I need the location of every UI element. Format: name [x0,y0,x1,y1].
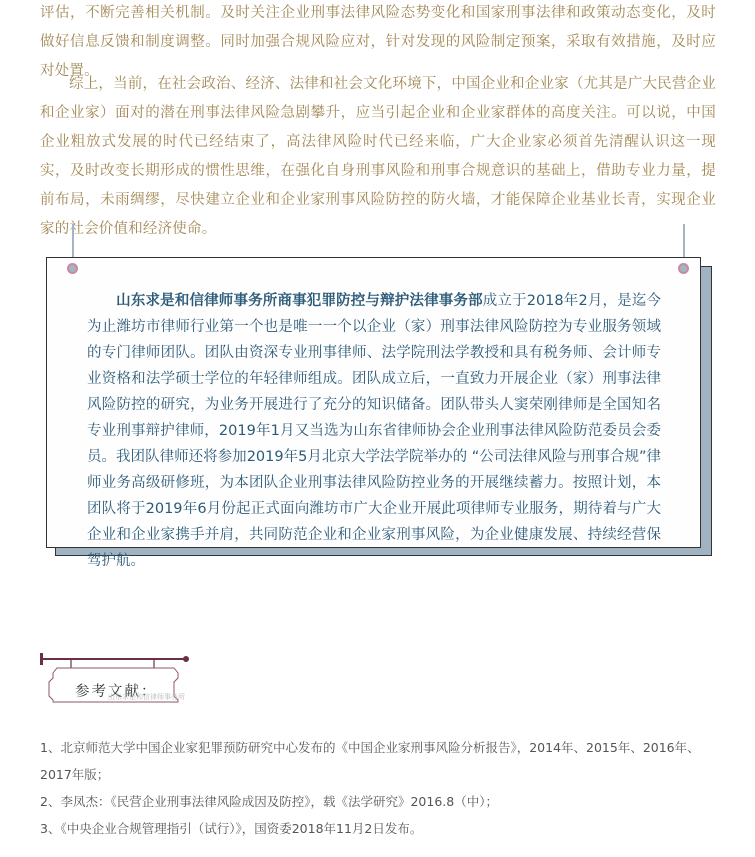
org-name: 山东求是和信律师事务所商事犯罪防控与辩护法律事务部 [116,293,483,309]
intro-card-text: 山东求是和信律师事务所商事犯罪防控与辩护法律事务部成立于2018年2月，是迄今为… [87,288,661,574]
article-conclusion: 综上，当前，在社会政治、经济、法律和社会文化环境下，中国企业和企业家（尤其是广大… [40,70,716,244]
reference-item: 3、《中央企业合规管理指引（试行）》，国资委2018年11月2日发布。 [40,815,720,842]
references-list: 1、北京师范大学中国企业家犯罪预防研究中心发布的《中国企业家刑事风险分析报告》，… [40,734,720,842]
intro-card-body: 成立于2018年2月，是迄今为止潍坊市律师行业第一个也是唯一一个以企业（家）刑事… [87,293,661,569]
watermark: 山东求是和信律师事务所 [108,692,185,702]
pin-dot-right-icon [678,263,689,274]
pin-dot-left-icon [67,263,78,274]
intro-card: 山东求是和信律师事务所商事犯罪防控与辩护法律事务部成立于2018年2月，是迄今为… [46,257,701,548]
reference-item: 1、北京师范大学中国企业家犯罪预防研究中心发布的《中国企业家刑事风险分析报告》，… [40,734,720,788]
reference-item: 2、李凤杰：《民营企业刑事法律风险成因及防控》，载《法学研究》2016.8（中）… [40,788,720,815]
